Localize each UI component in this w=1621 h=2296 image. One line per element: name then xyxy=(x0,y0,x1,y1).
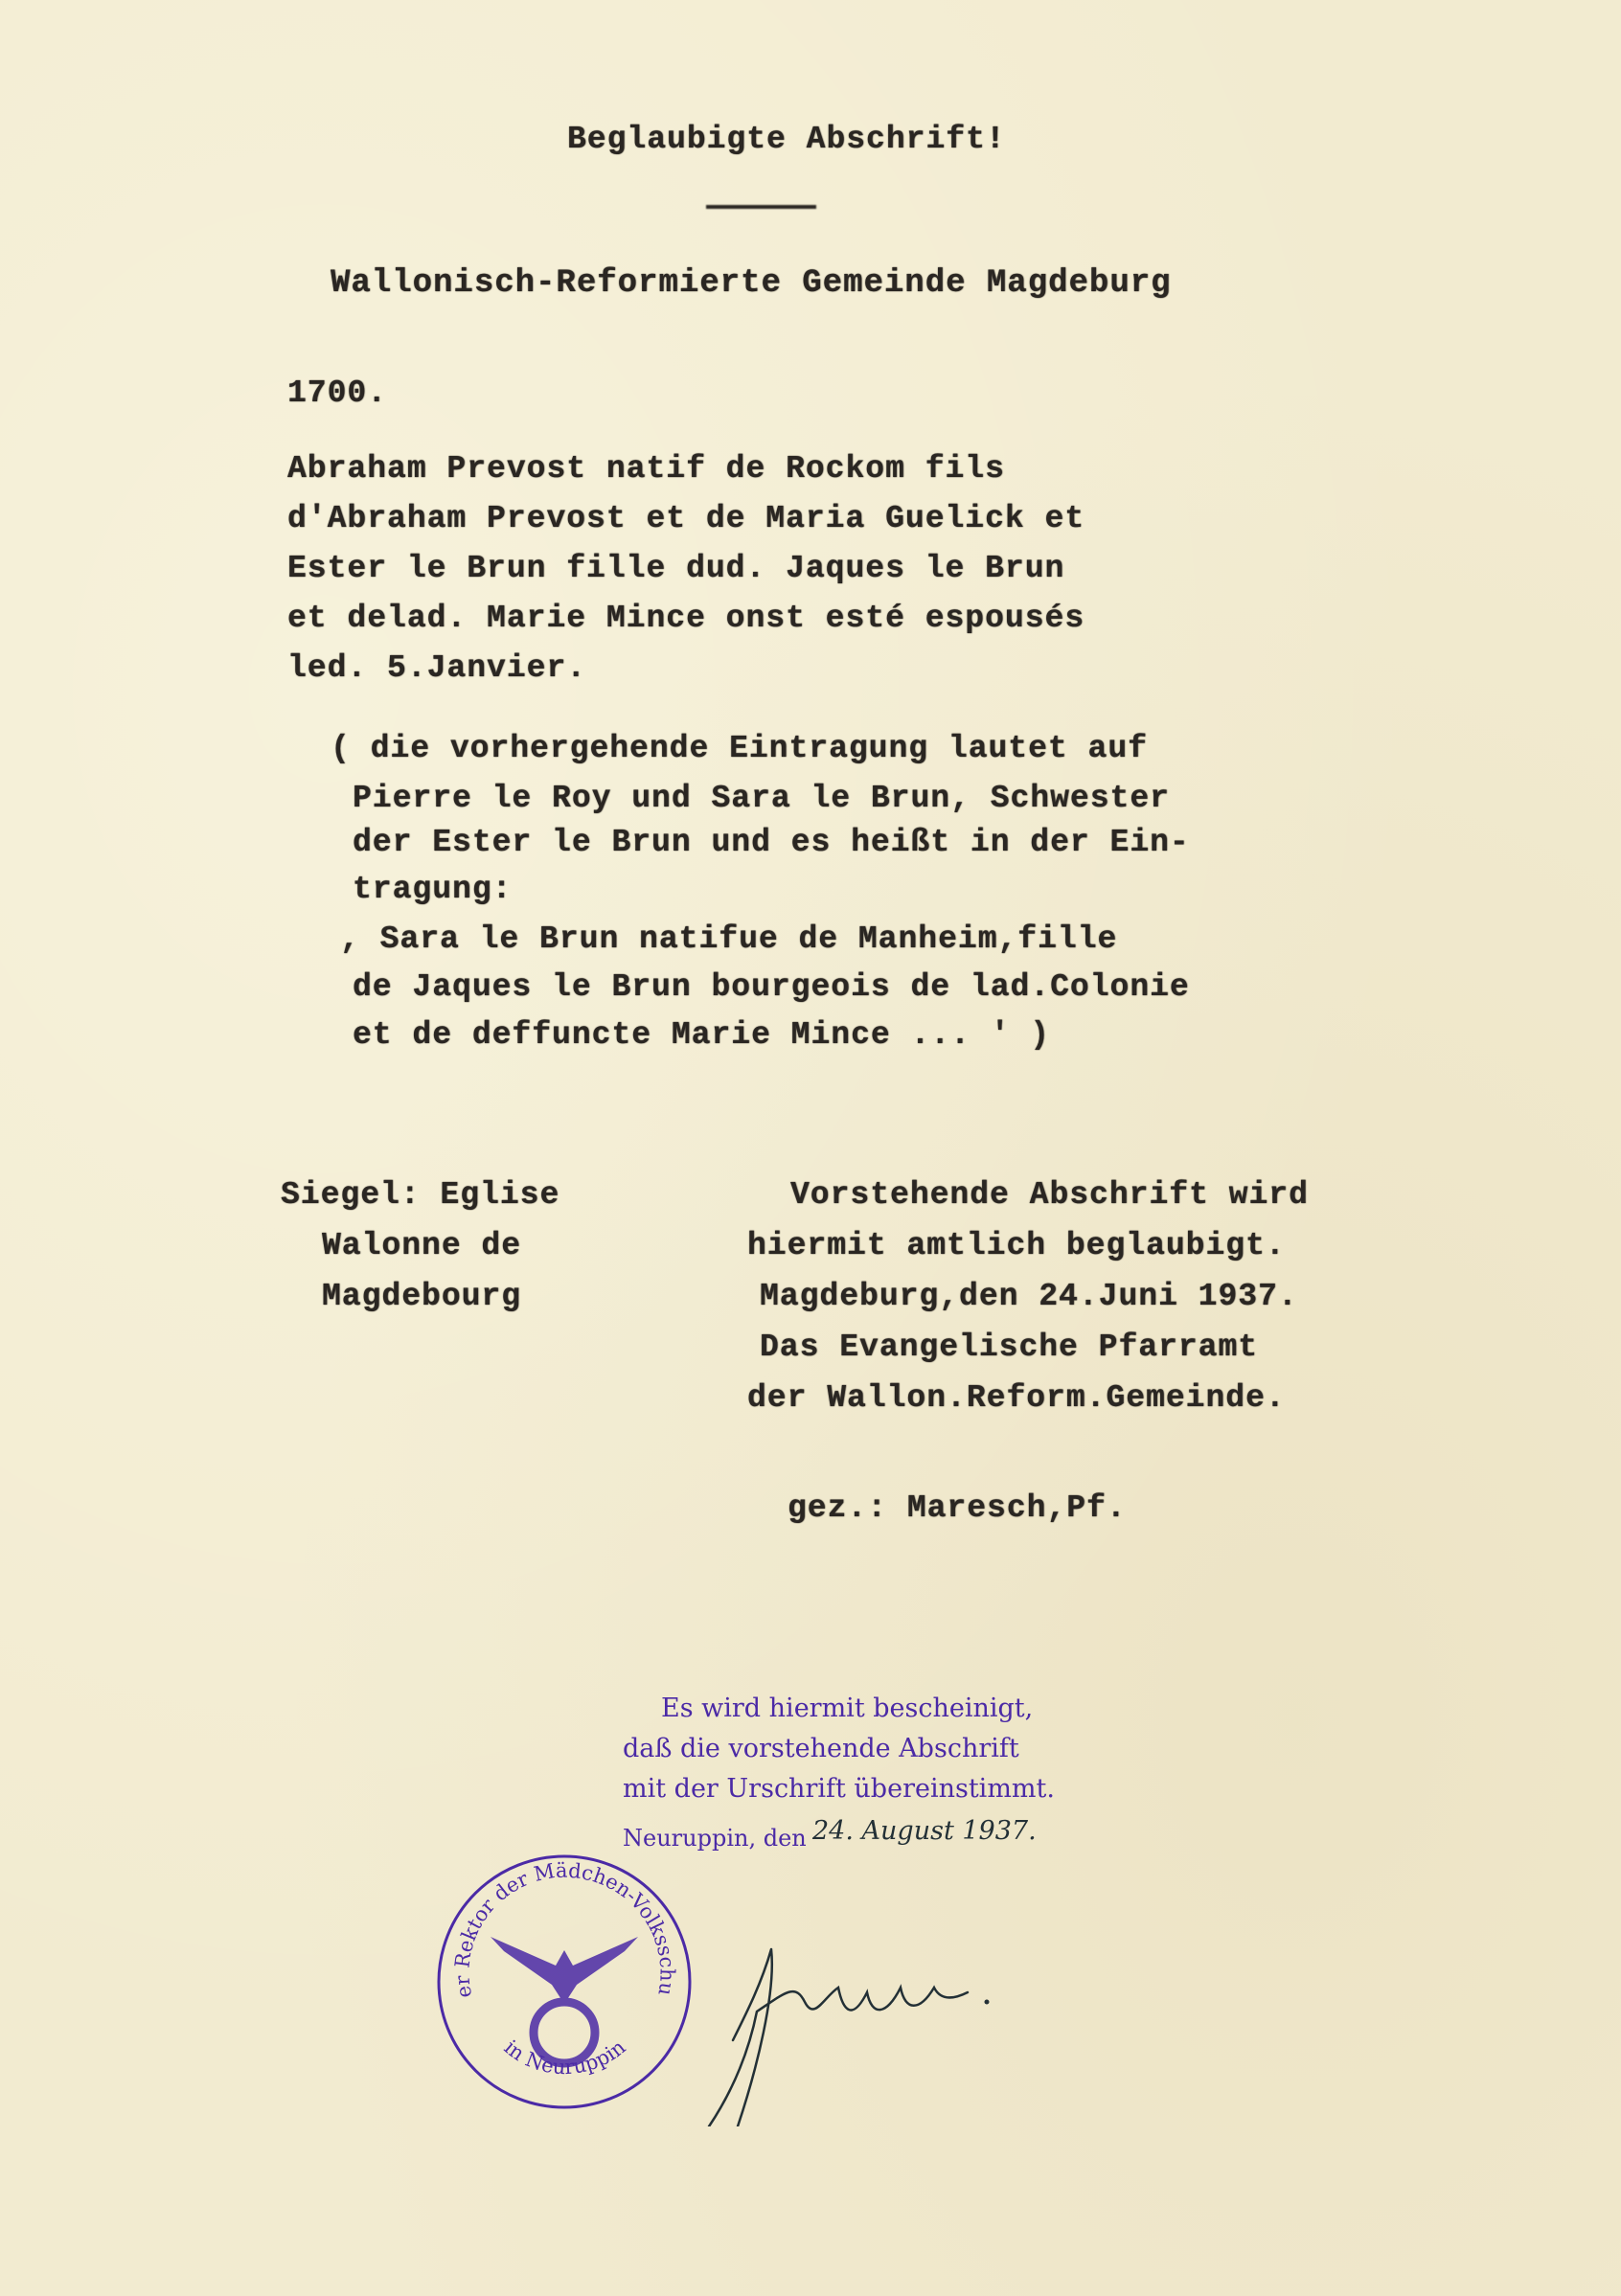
document-heading: Beglaubigte Abschrift! xyxy=(567,122,1006,157)
entry-line: Abraham Prevost natif de Rockom fils xyxy=(287,445,1005,493)
certification-line: Vorstehende Abschrift wird xyxy=(790,1171,1309,1220)
note-line: Pierre le Roy und Sara le Brun, Schweste… xyxy=(353,775,1170,823)
seal-line: Magdebourg xyxy=(322,1272,521,1322)
attestation-line: daß die vorstehende Abschrift xyxy=(623,1729,1019,1769)
note-line: ( die vorhergehende Eintragung lautet au… xyxy=(331,725,1148,773)
note-line: de Jaques le Brun bourgeois de lad.Colon… xyxy=(353,964,1190,1012)
seal-line: Walonne de xyxy=(322,1221,521,1271)
note-line: der Ester le Brun und es heißt in der Ei… xyxy=(353,819,1190,867)
note-line: , Sara le Brun natifue de Manheim,fille xyxy=(340,916,1117,964)
entry-line: d'Abraham Prevost et de Maria Guelick et xyxy=(287,495,1084,543)
seal-line: Siegel: Eglise xyxy=(281,1171,559,1220)
entry-line: et delad. Marie Mince onst esté espousés xyxy=(287,595,1084,643)
signed-by: gez.: Maresch,Pf. xyxy=(788,1490,1127,1526)
seal-ring-bottom-text: in Neuruppin xyxy=(500,2035,630,2079)
handwritten-date: 24. August 1937. xyxy=(812,1816,1037,1846)
attestation-line: Es wird hiermit bescheinigt, xyxy=(661,1689,1033,1729)
note-line: et de deffuncte Marie Mince ... ' ) xyxy=(353,1012,1050,1059)
parish-name: Wallonisch-Reformierte Gemeinde Magdebur… xyxy=(331,265,1172,302)
heading-underline xyxy=(706,205,816,209)
certification-line: Magdeburg,den 24.Juni 1937. xyxy=(760,1272,1298,1322)
certification-line: der Wallon.Reform.Gemeinde. xyxy=(747,1374,1286,1423)
handwritten-signature xyxy=(661,1906,1006,2126)
note-line: tragung: xyxy=(353,866,512,914)
certification-line: Das Evangelische Pfarramt xyxy=(760,1323,1258,1373)
entry-year: 1700. xyxy=(287,375,387,411)
entry-line: led. 5.Janvier. xyxy=(287,645,586,693)
official-seal-stamp: Der Rektor der Mädchen-Volksschule in Ne… xyxy=(433,1851,696,2114)
certification-line: hiermit amtlich beglaubigt. xyxy=(747,1221,1286,1271)
attestation-line: mit der Urschrift übereinstimmt. xyxy=(623,1769,1055,1809)
entry-line: Ester le Brun fille dud. Jaques le Brun xyxy=(287,545,1064,593)
